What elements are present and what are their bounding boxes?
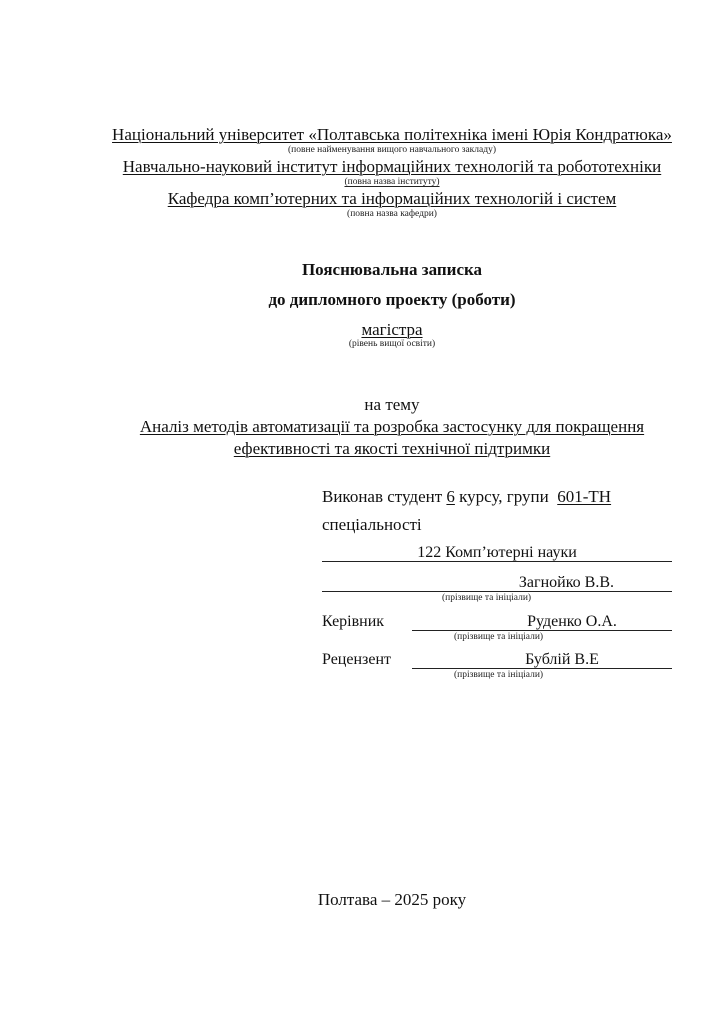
reviewer-underline — [412, 668, 672, 669]
university-caption: (повне найменування вищого навчального з… — [0, 145, 724, 156]
student-course: 6 — [446, 487, 455, 506]
supervisor-underline — [412, 630, 672, 631]
department-name: Кафедра комп’ютерних та інформаційних те… — [0, 189, 724, 209]
degree-level: магістра — [0, 320, 724, 340]
department-caption: (повна назва кафедри) — [0, 209, 724, 220]
reviewer-label: Рецензент — [322, 651, 391, 669]
specialty-value: 122 Комп’ютерні науки — [322, 544, 672, 562]
reviewer-caption: (прізвище та ініціали) — [454, 670, 543, 681]
topic-label: на тему — [0, 395, 724, 415]
place-year: Полтава – 2025 року — [0, 890, 724, 910]
supervisor-label: Керівник — [322, 613, 384, 631]
student-name-underline — [322, 591, 672, 592]
university-name: Національний університет «Полтавська пол… — [0, 125, 724, 145]
institute-name: Навчально-науковий інститут інформаційни… — [0, 157, 724, 177]
specialty-underline — [322, 561, 672, 562]
student-name-text: Загнойко В.В. — [519, 574, 614, 591]
student-line: Виконав студент 6 курсу, групи 601-ТН — [322, 487, 611, 507]
institute-caption: (повна назва інституту) — [0, 177, 724, 188]
supervisor-name-text: Руденко О.А. — [527, 613, 617, 630]
supervisor-name: Руденко О.А. — [412, 613, 672, 631]
student-course-suffix: курсу, групи — [459, 487, 549, 506]
student-group: 601-ТН — [557, 487, 611, 506]
supervisor-caption: (прізвище та ініціали) — [454, 632, 543, 643]
topic-line-1: Аналіз методів автоматизації та розробка… — [0, 417, 724, 437]
document-title: Пояснювальна записка — [0, 260, 724, 280]
specialty-label: спеціальності — [322, 515, 422, 535]
reviewer-name-text: Бублій В.Е — [525, 651, 599, 668]
degree-caption: (рівень вищої освіти) — [0, 339, 724, 350]
topic-line-2: ефективності та якості технічної підтрим… — [0, 439, 724, 459]
student-name: Загнойко В.В. — [322, 574, 672, 592]
reviewer-name: Бублій В.Е — [412, 651, 672, 669]
student-prefix: Виконав студент — [322, 487, 442, 506]
document-subtitle: до дипломного проекту (роботи) — [0, 290, 724, 310]
student-name-caption: (прізвище та ініціали) — [442, 593, 531, 604]
